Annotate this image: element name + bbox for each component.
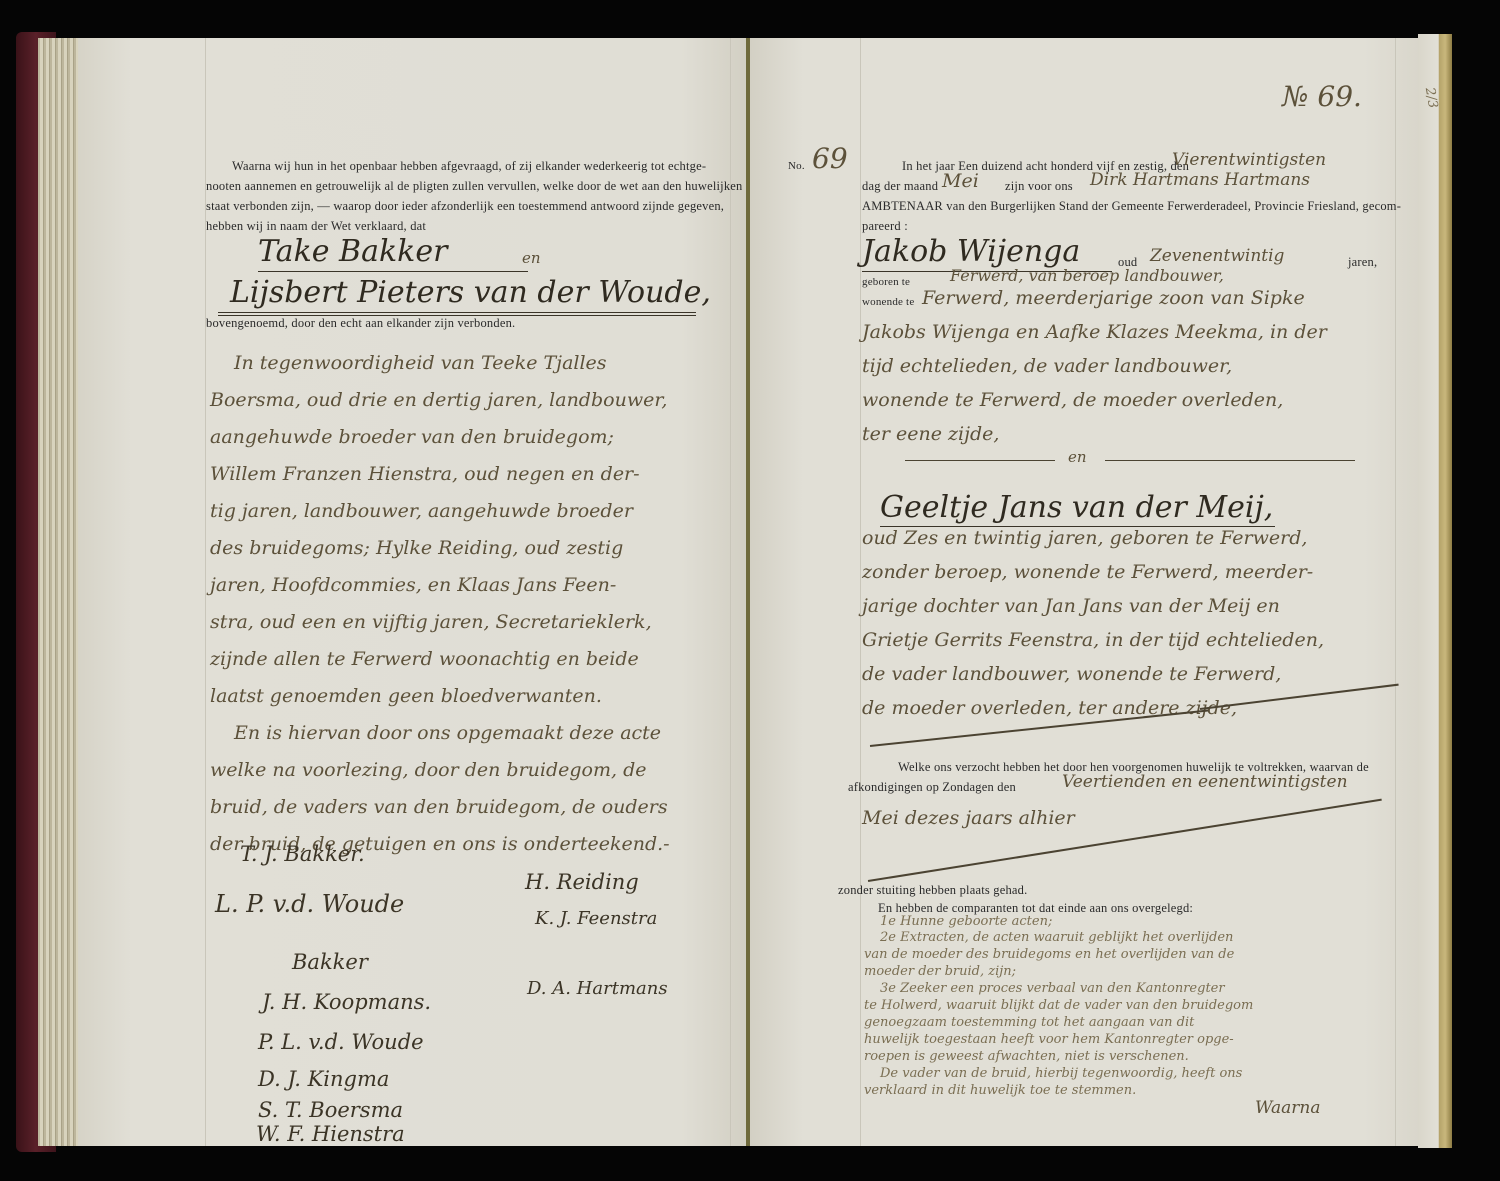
bride-line: jarige dochter van Jan Jans van der Meij…	[862, 588, 1280, 625]
witness-line: aangehuwde broeder van den bruidegom;	[210, 419, 614, 456]
signature: Bakker	[292, 950, 368, 974]
banns-line: Veertienden en eenentwintigsten	[1062, 772, 1348, 792]
folio-number: № 69.	[1282, 80, 1362, 113]
witness-line: tig jaren, landbouwer, aangehuwde broede…	[210, 493, 633, 530]
signature: J. H. Koopmans.	[262, 990, 431, 1014]
witness-line: bruid, de vaders van den bruidegom, de o…	[210, 789, 668, 826]
witness-line: zijnde allen te Ferwerd woonachtig en be…	[210, 641, 639, 678]
document-line: De vader van de bruid, hierbij tegenwoor…	[880, 1066, 1242, 1082]
printed-no-objection: zonder stuiting hebben plaats gehad.	[838, 880, 1027, 900]
witness-line: des bruidegoms; Hylke Reiding, oud zesti…	[210, 530, 623, 567]
witness-line: In tegenwoordigheid van Teeke Tjalles	[234, 345, 607, 382]
bride-line: zonder beroep, wonende te Ferwerd, meerd…	[862, 554, 1313, 591]
printed-intro-line: staat verbonden zijn, — waarop door iede…	[206, 196, 724, 216]
catchword: Waarna	[1255, 1098, 1320, 1118]
printed-intro-line: nooten aannemen en getrouwelijk al de pl…	[206, 176, 743, 196]
document-line: verklaard in dit huwelijk toe te stemmen…	[864, 1083, 1136, 1099]
printed-request-line: afkondigingen op Zondagen den	[848, 777, 1016, 797]
bride-name: Lijsbert Pieters van der Woude,	[230, 275, 711, 310]
printed-bound-line: bovengenoemd, door den echt aan elkander…	[206, 313, 515, 333]
signature: D. J. Kingma	[258, 1067, 389, 1091]
date-month: Mei	[942, 170, 979, 192]
groom-line: Jakobs Wijenga en Aafke Klazes Meekma, i…	[862, 314, 1327, 351]
groom-line: Ferwerd, meerderjarige zoon van Sipke	[922, 280, 1305, 317]
date-day: Vierentwintigsten	[1172, 150, 1326, 170]
margin-rule	[860, 38, 861, 1146]
document-line: moeder der bruid, zijn;	[864, 964, 1016, 980]
printed-opening-line: pareerd :	[862, 216, 908, 236]
bride-line: de vader landbouwer, wonende te Ferwerd,	[862, 656, 1281, 693]
document-line: huwelijk toegestaan heeft voor hem Kanto…	[864, 1032, 1234, 1048]
printed-intro-line: Waarna wij hun in het openbaar hebben af…	[232, 156, 706, 176]
signature: P. L. v.d. Woude	[258, 1030, 424, 1054]
printed-intro-line: hebben wij in naam der Wet verklaard, da…	[206, 216, 426, 236]
witness-line: welke na voorlezing, door den bruidegom,…	[210, 752, 646, 789]
divider-line	[905, 460, 1055, 461]
divider-line	[1105, 460, 1355, 461]
groom-name: Jakob Wijenga	[862, 234, 1080, 269]
document-line: 3e Zeeker een proces verbaal van den Kan…	[880, 981, 1225, 997]
official-name: Dirk Hartmans Hartmans	[1090, 170, 1310, 190]
book-gutter	[746, 38, 750, 1146]
witness-line: stra, oud een en vijftig jaren, Secretar…	[210, 604, 652, 641]
document-line: van de moeder des bruidegoms en het over…	[864, 947, 1234, 963]
margin-note: 2/3	[1421, 86, 1440, 109]
document-line: roepen is geweest afwachten, niet is ver…	[864, 1049, 1189, 1065]
act-number: 69	[812, 142, 848, 175]
printed-opening-line: dag der maand	[862, 176, 938, 196]
signature: L. P. v.d. Woude	[215, 890, 404, 918]
groom-line: tijd echtelieden, de vader landbouwer,	[862, 348, 1232, 385]
name-underline	[258, 271, 528, 272]
groom-name: Take Bakker	[258, 234, 447, 269]
document-line: 1e Hunne geboorte acten;	[880, 914, 1052, 930]
margin-rule	[730, 38, 731, 1146]
page-edges-right	[1418, 34, 1452, 1148]
divider-en: en	[1068, 448, 1087, 466]
printed-opening-line: AMBTENAAR van den Burgerlijken Stand der…	[862, 196, 1401, 216]
signature: D. A. Hartmans	[527, 978, 668, 999]
signature: H. Reiding	[525, 870, 639, 894]
act-number-label: No.	[788, 156, 805, 176]
signature: K. J. Feenstra	[535, 908, 657, 929]
page-edges-left	[38, 38, 80, 1146]
groom-age: Zevenentwintig	[1150, 246, 1284, 266]
signature: S. T. Boersma	[258, 1098, 403, 1122]
witness-line: Willem Franzen Hienstra, oud negen en de…	[210, 456, 640, 493]
printed-opening-line: zijn voor ons	[1005, 176, 1073, 196]
document-line: genoegzaam toestemming tot het aangaan v…	[864, 1015, 1194, 1031]
signature: T. J. Bakker.	[240, 842, 365, 866]
label-jaren: jaren,	[1348, 252, 1377, 272]
document-line: te Holwerd, waaruit blijkt dat de vader …	[864, 998, 1253, 1014]
witness-line: Boersma, oud drie en dertig jaren, landb…	[210, 382, 667, 419]
bride-line: de moeder overleden, ter andere zijde,	[862, 690, 1237, 727]
label-geboren: geboren te	[862, 272, 910, 292]
groom-line: ter eene zijde,	[862, 416, 999, 453]
bride-line: Grietje Gerrits Feenstra, in der tijd ec…	[862, 622, 1324, 659]
document-line: 2e Extracten, de acten waaruit geblijkt …	[880, 930, 1233, 946]
witness-line: En is hiervan door ons opgemaakt deze ac…	[234, 715, 661, 752]
bride-line: oud Zes en twintig jaren, geboren te Fer…	[862, 520, 1307, 557]
witness-line: laatst genoemden geen bloedverwanten.	[210, 678, 602, 715]
witness-line: jaren, Hoofdcommies, en Klaas Jans Feen-	[210, 567, 616, 604]
label-wonende: wonende te	[862, 292, 914, 312]
banns-line: Mei dezes jaars alhier	[862, 800, 1075, 837]
groom-line: wonende te Ferwerd, de moeder overleden,	[862, 382, 1283, 419]
signature: W. F. Hienstra	[256, 1122, 405, 1146]
